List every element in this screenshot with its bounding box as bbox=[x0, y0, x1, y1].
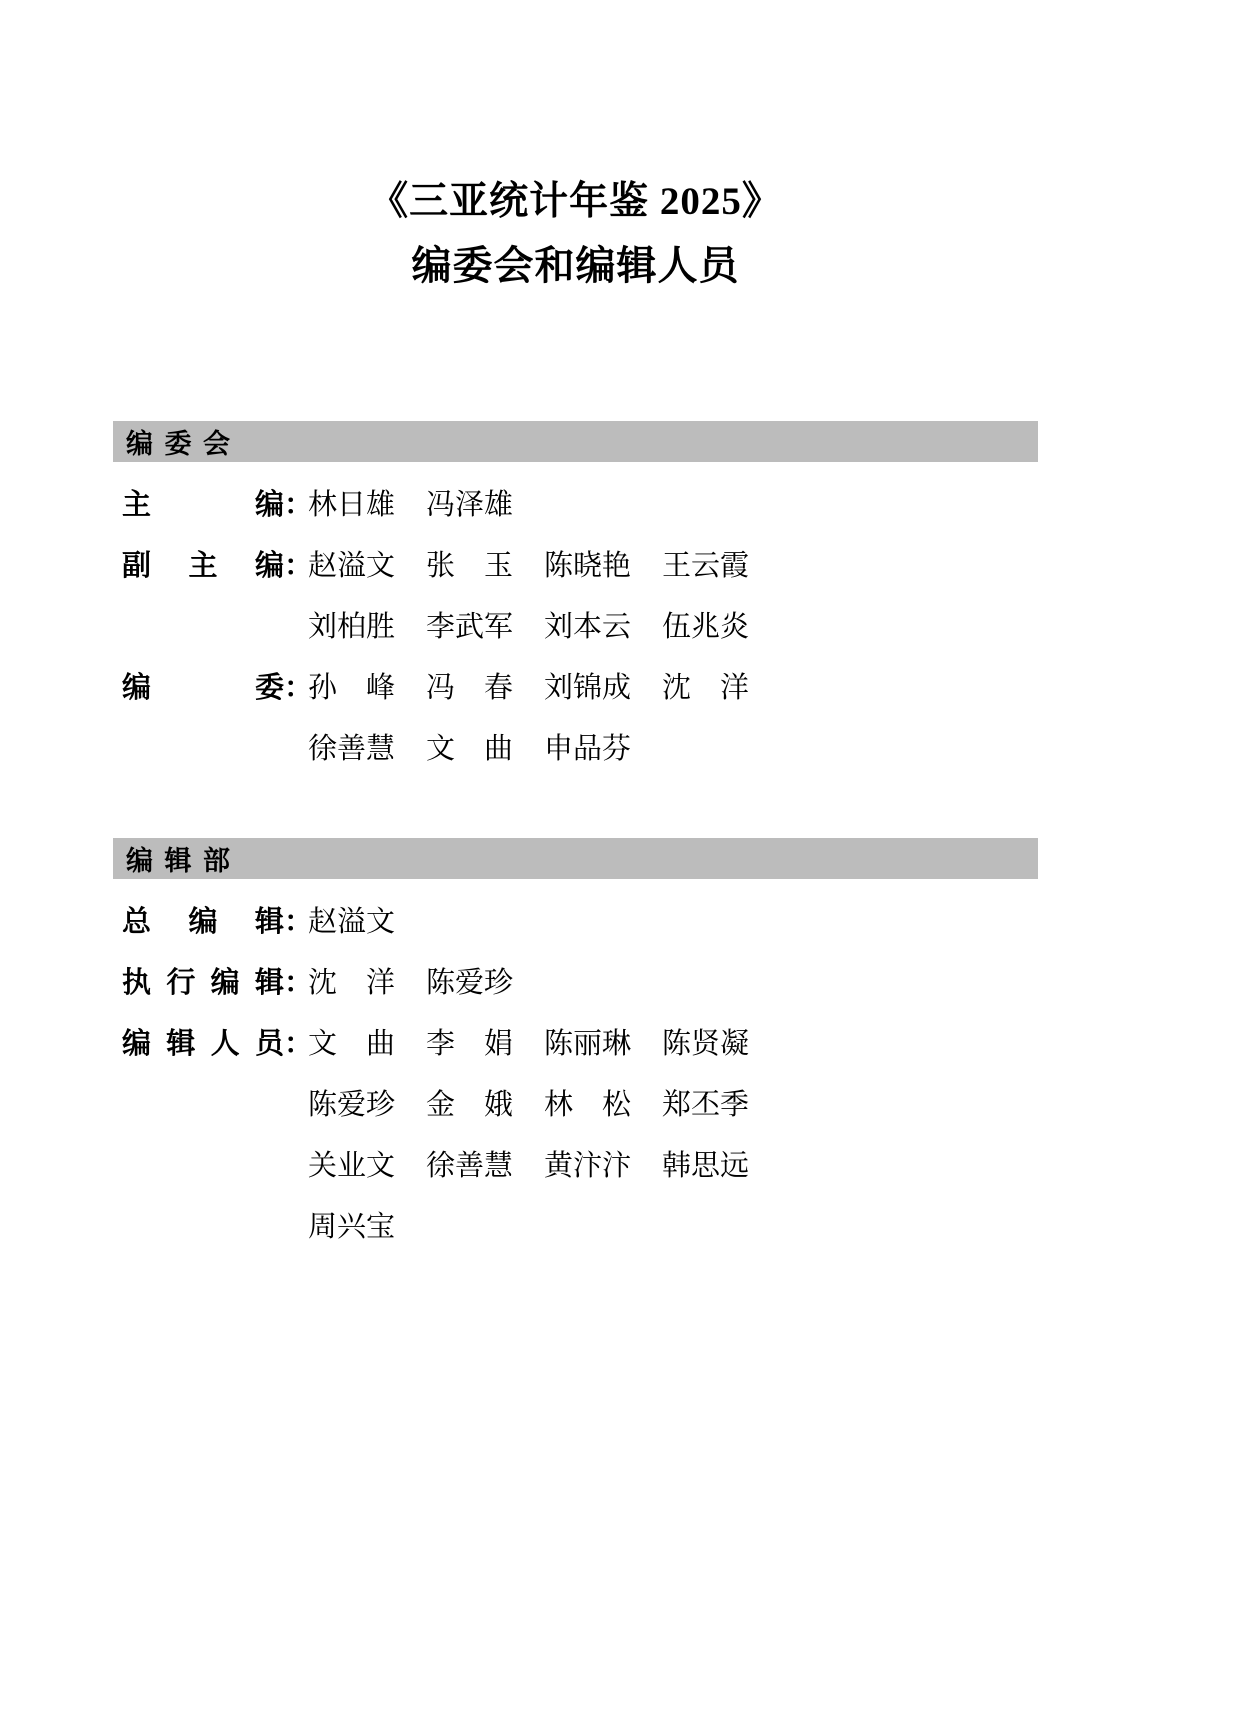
person-name: 关业文 bbox=[308, 1150, 398, 1183]
row-label: 编委 bbox=[122, 672, 284, 705]
person-name: 孙 峰 bbox=[308, 672, 398, 705]
person-name: 徐善慧 bbox=[308, 733, 398, 766]
section-editorial-committee: 编 委 会 主编 ： 林日雄 冯泽雄 副主编 ： 赵溢文 张 玉 陈晓艳 王云霞 bbox=[113, 421, 1038, 794]
person-name: 韩思远 bbox=[662, 1150, 752, 1183]
row-label: 主编 bbox=[122, 489, 284, 522]
person-name: 刘锦成 bbox=[544, 672, 634, 705]
person-name: 文 曲 bbox=[308, 1028, 398, 1061]
row-label: 总编辑 bbox=[122, 906, 284, 939]
person-name: 郑丕季 bbox=[662, 1089, 752, 1122]
person-name: 冯 春 bbox=[426, 672, 516, 705]
person-name: 张 玉 bbox=[426, 550, 516, 583]
person-name: 刘柏胜 bbox=[308, 611, 398, 644]
editor-row: 总编辑 ： 赵溢文 bbox=[122, 906, 1038, 967]
person-name: 赵溢文 bbox=[308, 906, 398, 939]
committee-rows: 主编 ： 林日雄 冯泽雄 副主编 ： 赵溢文 张 玉 陈晓艳 王云霞 bbox=[113, 489, 1038, 794]
page-title-line2: 编委会和编辑人员 bbox=[113, 243, 1038, 289]
person-name: 陈爱珍 bbox=[308, 1089, 398, 1122]
person-name: 沈 洋 bbox=[662, 672, 752, 705]
row-label: 执行编辑 bbox=[122, 967, 284, 1000]
editor-row: 徐善慧 文 曲 申品芬 bbox=[122, 733, 1038, 794]
row-names: 陈爱珍 金 娥 林 松 郑丕季 bbox=[308, 1089, 752, 1122]
editor-row: 刘柏胜 李武军 刘本云 伍兆炎 bbox=[122, 611, 1038, 672]
row-names: 徐善慧 文 曲 申品芬 bbox=[308, 733, 634, 766]
page-title: 《三亚统计年鉴 2025》 编委会和编辑人员 bbox=[113, 178, 1038, 289]
person-name: 王云霞 bbox=[662, 550, 752, 583]
row-names: 文 曲 李 娟 陈丽琳 陈贤凝 bbox=[308, 1028, 752, 1061]
row-colon: ： bbox=[284, 550, 308, 583]
row-names: 沈 洋 陈爱珍 bbox=[308, 967, 516, 1000]
row-colon: ： bbox=[284, 489, 308, 522]
person-name: 赵溢文 bbox=[308, 550, 398, 583]
section-header-label: 编 辑 部 bbox=[126, 839, 232, 878]
person-name: 陈贤凝 bbox=[662, 1028, 752, 1061]
person-name: 陈爱珍 bbox=[426, 967, 516, 1000]
section-editorial-department: 编 辑 部 总编辑 ： 赵溢文 执行编辑 ： 沈 洋 陈爱珍 编辑人员 ： bbox=[113, 838, 1038, 1272]
person-name: 伍兆炎 bbox=[662, 611, 752, 644]
editor-row: 编委 ： 孙 峰 冯 春 刘锦成 沈 洋 bbox=[122, 672, 1038, 733]
person-name: 李 娟 bbox=[426, 1028, 516, 1061]
person-name: 沈 洋 bbox=[308, 967, 398, 1000]
row-names: 赵溢文 张 玉 陈晓艳 王云霞 bbox=[308, 550, 752, 583]
row-names: 刘柏胜 李武军 刘本云 伍兆炎 bbox=[308, 611, 752, 644]
row-label: 编辑人员 bbox=[122, 1028, 284, 1061]
editor-row: 关业文 徐善慧 黄汴汴 韩思远 bbox=[122, 1150, 1038, 1211]
person-name: 徐善慧 bbox=[426, 1150, 516, 1183]
editor-row: 周兴宝 bbox=[122, 1211, 1038, 1272]
person-name: 冯泽雄 bbox=[426, 489, 516, 522]
person-name: 李武军 bbox=[426, 611, 516, 644]
section-header-bar: 编 辑 部 bbox=[113, 838, 1038, 879]
row-names: 周兴宝 bbox=[308, 1211, 398, 1244]
page-title-line1: 《三亚统计年鉴 2025》 bbox=[113, 178, 1038, 226]
editor-row: 主编 ： 林日雄 冯泽雄 bbox=[122, 489, 1038, 550]
row-names: 赵溢文 bbox=[308, 906, 398, 939]
row-names: 林日雄 冯泽雄 bbox=[308, 489, 516, 522]
person-name: 刘本云 bbox=[544, 611, 634, 644]
section-header-bar: 编 委 会 bbox=[113, 421, 1038, 462]
section-header-label: 编 委 会 bbox=[126, 422, 232, 461]
row-colon: ： bbox=[284, 967, 308, 1000]
row-names: 孙 峰 冯 春 刘锦成 沈 洋 bbox=[308, 672, 752, 705]
editor-row: 执行编辑 ： 沈 洋 陈爱珍 bbox=[122, 967, 1038, 1028]
person-name: 金 娥 bbox=[426, 1089, 516, 1122]
person-name: 陈丽琳 bbox=[544, 1028, 634, 1061]
yearbook-credits-page: 《三亚统计年鉴 2025》 编委会和编辑人员 编 委 会 主编 ： 林日雄 冯泽… bbox=[0, 0, 1241, 1713]
person-name: 陈晓艳 bbox=[544, 550, 634, 583]
person-name: 申品芬 bbox=[544, 733, 634, 766]
person-name: 林 松 bbox=[544, 1089, 634, 1122]
row-colon: ： bbox=[284, 906, 308, 939]
person-name: 周兴宝 bbox=[308, 1211, 398, 1244]
person-name: 林日雄 bbox=[308, 489, 398, 522]
row-colon: ： bbox=[284, 672, 308, 705]
row-names: 关业文 徐善慧 黄汴汴 韩思远 bbox=[308, 1150, 752, 1183]
row-colon: ： bbox=[284, 1028, 308, 1061]
editor-row: 编辑人员 ： 文 曲 李 娟 陈丽琳 陈贤凝 bbox=[122, 1028, 1038, 1089]
editor-row: 副主编 ： 赵溢文 张 玉 陈晓艳 王云霞 bbox=[122, 550, 1038, 611]
row-label: 副主编 bbox=[122, 550, 284, 583]
editorial-rows: 总编辑 ： 赵溢文 执行编辑 ： 沈 洋 陈爱珍 编辑人员 ： 文 曲 bbox=[113, 906, 1038, 1272]
person-name: 黄汴汴 bbox=[544, 1150, 634, 1183]
editor-row: 陈爱珍 金 娥 林 松 郑丕季 bbox=[122, 1089, 1038, 1150]
person-name: 文 曲 bbox=[426, 733, 516, 766]
